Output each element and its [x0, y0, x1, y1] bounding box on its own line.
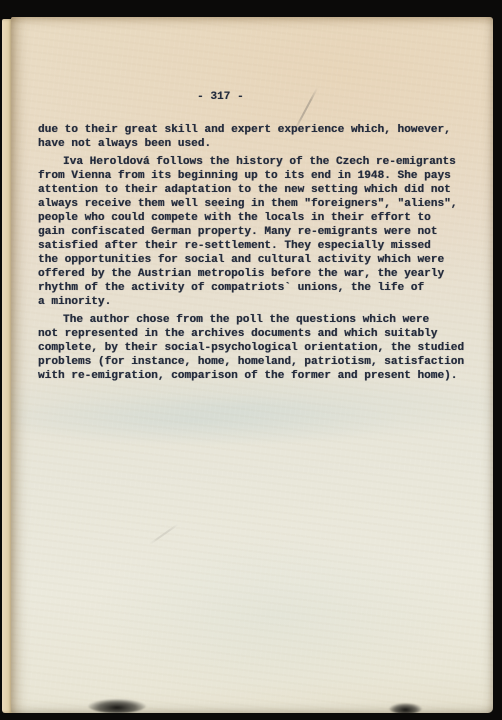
- paragraph: Iva Heroldová follows the history of the…: [38, 155, 483, 309]
- text-line: due to their great skill and expert expe…: [38, 123, 483, 137]
- paper-scratch: [149, 524, 178, 545]
- text-line: satisfied after their re-settlement. The…: [38, 239, 483, 253]
- text-line: complete, by their social-psychological …: [38, 341, 483, 355]
- paragraph: The author chose from the poll the quest…: [38, 313, 483, 383]
- text-line: Iva Heroldová follows the history of the…: [38, 155, 483, 169]
- paragraph: due to their great skill and expert expe…: [38, 123, 483, 151]
- text-line: a minority.: [38, 295, 483, 309]
- text-line: not represented in the archives document…: [38, 327, 483, 341]
- text-line: people who could compete with the locals…: [38, 211, 483, 225]
- text-line: from Vienna from its beginning up to its…: [38, 169, 483, 183]
- text-line: have not always been used.: [38, 137, 483, 151]
- text-line: always receive them well seeing in them …: [38, 197, 483, 211]
- ink-smudge: [88, 699, 146, 713]
- page-number: - 317 -: [197, 90, 244, 104]
- scanned-book-page: - 317 - due to their great skill and exp…: [0, 0, 502, 720]
- paper-sheet: - 317 - due to their great skill and exp…: [11, 17, 493, 713]
- text-line: offered by the Austrian metropolis befor…: [38, 267, 483, 281]
- text-line: with re-emigration, comparison of the fo…: [38, 369, 483, 383]
- text-line: gain confiscated German property. Many r…: [38, 225, 483, 239]
- text-block: due to their great skill and expert expe…: [38, 123, 483, 383]
- text-line: problems (for instance, home, homeland, …: [38, 355, 483, 369]
- text-line: attention to their adaptation to the new…: [38, 183, 483, 197]
- text-line: the opportunities for social and cultura…: [38, 253, 483, 267]
- text-line: rhythm of the activity of compatriots` u…: [38, 281, 483, 295]
- text-line: The author chose from the poll the quest…: [38, 313, 483, 327]
- ink-smudge: [389, 703, 422, 714]
